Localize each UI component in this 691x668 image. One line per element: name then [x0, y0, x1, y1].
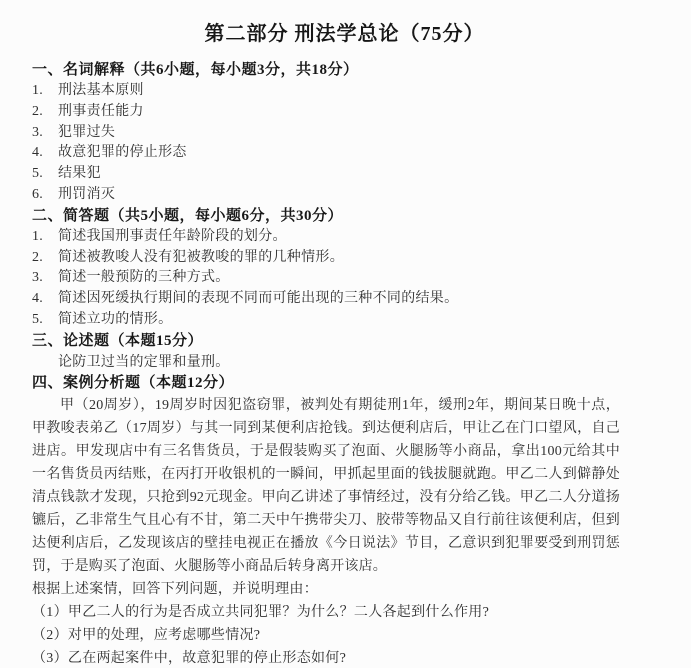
- list-item: 1. 简述我国刑事责任年龄阶段的划分。: [32, 227, 657, 248]
- section-heading: 三、论述题（本题15分）: [32, 331, 657, 352]
- section-essay: 三、论述题（本题15分） 论防卫过当的定罪和量刑。: [32, 331, 657, 373]
- term-list: 1. 刑法基本原则 2. 刑事责任能力 3. 犯罪过失 4. 故意犯罪的停止形态…: [32, 81, 657, 206]
- item-number: 3.: [32, 268, 58, 289]
- list-item: 1. 刑法基本原则: [32, 81, 657, 102]
- case-question-2: （2）对甲的处理，应考虑哪些情况?: [32, 624, 657, 647]
- item-text: 刑事责任能力: [58, 102, 144, 123]
- section-short-answers: 二、简答题（共5小题，每小题6分，共30分） 1. 简述我国刑事责任年龄阶段的划…: [32, 206, 657, 331]
- case-question-1: （1）甲乙二人的行为是否成立共同犯罪？为什么？二人各起到什么作用?: [32, 601, 657, 624]
- essay-topic: 论防卫过当的定罪和量刑。: [32, 352, 657, 373]
- item-text: 简述被教唆人没有犯被教唆的罪的几种情形。: [58, 248, 344, 269]
- item-text: 简述一般预防的三种方式。: [58, 268, 230, 289]
- case-prompt: 根据上述案情，回答下列问题，并说明理由：: [32, 578, 657, 601]
- item-text: 故意犯罪的停止形态: [58, 143, 187, 164]
- item-text: 简述因死缓执行期间的表现不同而可能出现的三种不同的结果。: [58, 289, 458, 310]
- section-heading: 二、简答题（共5小题，每小题6分，共30分）: [32, 206, 657, 227]
- section-case-analysis: 四、案例分析题（本题12分） 甲（20周岁），19周岁时因犯盗窃罪，被判处有期徒…: [32, 373, 657, 668]
- section-term-definitions: 一、名词解释（共6小题，每小题3分，共18分） 1. 刑法基本原则 2. 刑事责…: [32, 60, 657, 206]
- list-item: 3. 犯罪过失: [32, 123, 657, 144]
- list-item: 4. 简述因死缓执行期间的表现不同而可能出现的三种不同的结果。: [32, 289, 657, 310]
- item-number: 2.: [32, 102, 58, 123]
- item-number: 4.: [32, 143, 58, 164]
- item-number: 3.: [32, 123, 58, 144]
- case-paragraph: 甲（20周岁），19周岁时因犯盗窃罪，被判处有期徒刑1年，缓刑2年，期间某日晚十…: [32, 394, 620, 578]
- item-number: 2.: [32, 248, 58, 269]
- item-text: 简述我国刑事责任年龄阶段的划分。: [58, 227, 287, 248]
- item-number: 4.: [32, 289, 58, 310]
- item-number: 5.: [32, 164, 58, 185]
- list-item: 5. 简述立功的情形。: [32, 310, 657, 331]
- list-item: 4. 故意犯罪的停止形态: [32, 143, 657, 164]
- item-number: 1.: [32, 227, 58, 248]
- list-item: 2. 简述被教唆人没有犯被教唆的罪的几种情形。: [32, 248, 657, 269]
- item-text: 结果犯: [58, 164, 101, 185]
- list-item: 5. 结果犯: [32, 164, 657, 185]
- list-item: 6. 刑罚消灭: [32, 185, 657, 206]
- item-text: 犯罪过失: [58, 123, 115, 144]
- item-number: 5.: [32, 310, 58, 331]
- page-title: 第二部分 刑法学总论（75分）: [32, 22, 657, 47]
- section-heading: 四、案例分析题（本题12分）: [32, 373, 657, 394]
- case-question-3: （3）乙在两起案件中，故意犯罪的停止形态如何?: [32, 647, 657, 668]
- item-text: 简述立功的情形。: [58, 310, 172, 331]
- item-text: 刑法基本原则: [58, 81, 144, 102]
- item-text: 刑罚消灭: [58, 185, 115, 206]
- exam-page: 第二部分 刑法学总论（75分） 一、名词解释（共6小题，每小题3分，共18分） …: [0, 0, 691, 668]
- item-number: 1.: [32, 81, 58, 102]
- list-item: 2. 刑事责任能力: [32, 102, 657, 123]
- item-number: 6.: [32, 185, 58, 206]
- list-item: 3. 简述一般预防的三种方式。: [32, 268, 657, 289]
- section-heading: 一、名词解释（共6小题，每小题3分，共18分）: [32, 60, 657, 81]
- short-answer-list: 1. 简述我国刑事责任年龄阶段的划分。 2. 简述被教唆人没有犯被教唆的罪的几种…: [32, 227, 657, 331]
